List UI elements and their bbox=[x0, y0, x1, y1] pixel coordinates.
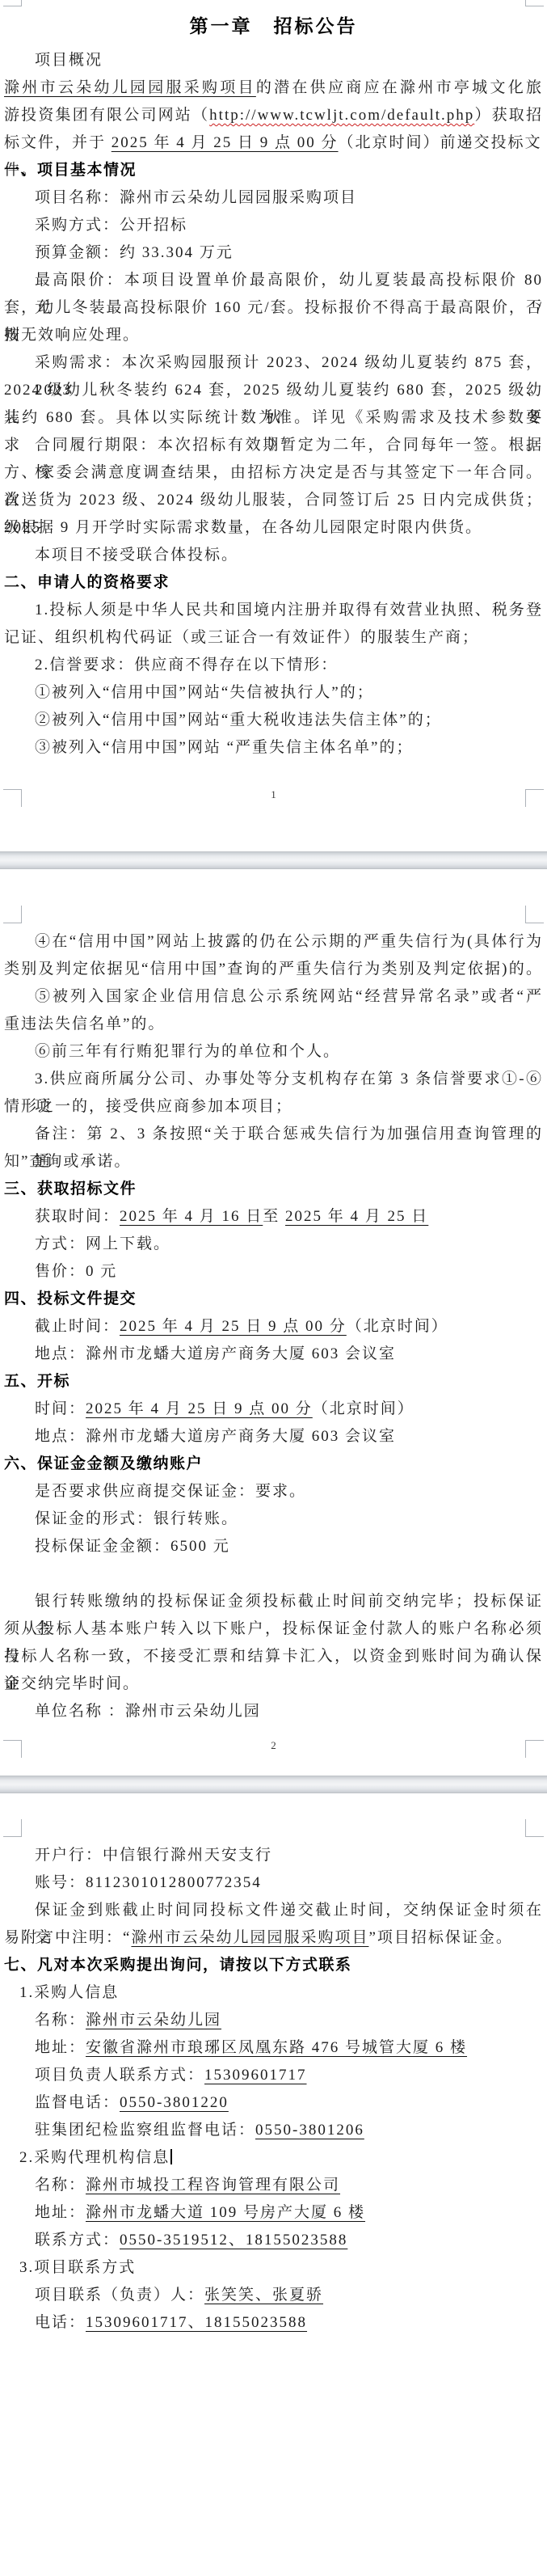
underlined-text: 2025 年 4 月 25 日 bbox=[285, 1208, 428, 1225]
text-line[interactable]: 截止时间：2025 年 4 月 25 日 9 点 00 分（北京时间） bbox=[4, 1313, 543, 1341]
text-line[interactable]: 项目名称：滁州市云朵幼儿园园服采购项目 bbox=[4, 184, 543, 212]
text-run: 至 bbox=[263, 1208, 285, 1225]
page-1[interactable]: 第一章 招标公告项目概况滁州市云朵幼儿园园服采购项目的潜在供应商应在滁州市亭城文… bbox=[0, 0, 547, 851]
text-line[interactable]: 记证、组织机构代码证（或三证合一有效证件）的服装生产商； bbox=[4, 624, 543, 652]
underlined-text: 0550-3519512、18155023588 bbox=[120, 2232, 347, 2249]
text-line[interactable]: 合同履行期限：本次招标有效期暂定为二年，合同每年一签。根据校 bbox=[4, 432, 543, 459]
text-run: 七、凡对本次采购提出询问，请按以下方式联系 bbox=[4, 1957, 352, 1974]
text-run: 地点：滁州市龙蟠大道房产商务大厦 603 会议室 bbox=[35, 1428, 396, 1445]
text-run: 售价：0 元 bbox=[35, 1263, 117, 1280]
underlined-text: 滁州市龙蟠大道 109 号房产大厦 6 楼 bbox=[86, 2204, 365, 2221]
text-run: 电话： bbox=[35, 2314, 86, 2331]
text-run: 项目联系（负责）人： bbox=[35, 2287, 204, 2304]
page-3-text[interactable]: 开户行：中信银行滁州天安支行账号：8112301012800772354保证金到… bbox=[4, 1842, 543, 2337]
text-run: （北京时间） bbox=[347, 1318, 448, 1335]
page-1-text[interactable]: 第一章 招标公告项目概况滁州市云朵幼儿园园服采购项目的潜在供应商应在滁州市亭城文… bbox=[4, 10, 543, 762]
text-run: 获取时间： bbox=[35, 1208, 120, 1225]
text-run: 易附言中注明：“ bbox=[4, 1929, 131, 1946]
text-run: 按无效响应处理。 bbox=[4, 327, 140, 344]
page-separator bbox=[0, 1776, 547, 1793]
text-run: ⑥前三年有行贿犯罪行为的单位和个人。 bbox=[35, 1043, 340, 1060]
crop-mark-top-left bbox=[3, 906, 22, 923]
text-line[interactable]: 方、家委会满意度调查结果，由招标方决定是否与其签定下一年合同。首 bbox=[4, 459, 543, 487]
text-run: 保证金的形式：银行转账。 bbox=[35, 1510, 238, 1527]
text-line[interactable]: ④在“信用中国”网站上披露的仍在公示期的严重失信行为(具体行为 bbox=[4, 928, 543, 956]
text-line[interactable]: 驻集团纪检监察组监督电话：0550-3801206 bbox=[4, 2117, 543, 2144]
text-run: 1.采购人信息 bbox=[19, 1984, 119, 2001]
text-line[interactable]: 本项目不接受联合体投标。 bbox=[4, 542, 543, 569]
text-line[interactable]: 次送货为 2023 级、2024 级幼儿服装，合同签订后 25 日内完成供货；2… bbox=[4, 487, 543, 514]
text-run: 名称： bbox=[35, 2012, 86, 2029]
underlined-text: 滁州市云朵幼儿园 bbox=[86, 2012, 221, 2029]
text-run: 记证、组织机构代码证（或三证合一有效证件）的服装生产商； bbox=[4, 629, 479, 646]
crop-mark-top-right bbox=[525, 906, 544, 923]
text-line[interactable]: 开户行：中信银行滁州天安支行 bbox=[4, 1842, 543, 1869]
section-heading[interactable]: 五、开标 bbox=[4, 1368, 543, 1396]
text-run: 情形之一的，接受供应商参加本项目； bbox=[4, 1098, 292, 1115]
page-number: 2 bbox=[0, 1738, 547, 1753]
text-run: 五、开标 bbox=[4, 1373, 70, 1390]
text-run: 项目负责人联系方式： bbox=[35, 2067, 204, 2084]
text-line[interactable]: 级根据 9 月开学时实际需求数量，在各幼儿园限定时限内供货。 bbox=[4, 514, 543, 542]
text-run: 游投资集团有限公司网站（ bbox=[4, 107, 209, 124]
text-line[interactable]: 地址：滁州市龙蟠大道 109 号房产大厦 6 楼 bbox=[4, 2199, 543, 2227]
underlined-text: 2025 年 4 月 25 日 9 点 00 分 bbox=[120, 1318, 347, 1335]
text-line[interactable]: ⑥前三年有行贿犯罪行为的单位和个人。 bbox=[4, 1038, 543, 1066]
text-line[interactable]: 1.投标人须是中华人民共和国境内注册并取得有效营业执照、税务登 bbox=[4, 597, 543, 624]
text-line[interactable]: 2.信誉要求：供应商不得存在以下情形： bbox=[4, 652, 543, 679]
text-line[interactable]: 是否要求供应商提交保证金：要求。 bbox=[4, 1478, 543, 1505]
section-heading[interactable]: 一、项目基本情况 bbox=[4, 157, 543, 184]
crop-mark-top-right bbox=[525, 1819, 544, 1837]
text-run: 地点：滁州市龙蟠大道房产商务大厦 603 会议室 bbox=[35, 1345, 396, 1362]
underlined-text: 滁州市云朵幼儿园园服采购项目 bbox=[4, 79, 256, 96]
underlined-text: 张笑笑、张夏骄 bbox=[204, 2287, 323, 2304]
text-run: 类别及判定依据见“信用中国”查询的严重失信行为类别及判定依据)的。 bbox=[4, 961, 543, 978]
text-line[interactable]: 项目联系（负责）人：张笑笑、张夏骄 bbox=[4, 2282, 543, 2309]
text-run: 项目名称：滁州市云朵幼儿园园服采购项目 bbox=[35, 189, 357, 206]
text-run: 六、保证金金额及缴纳账户 bbox=[4, 1455, 203, 1472]
text-run: 地址： bbox=[35, 2039, 86, 2056]
page-separator bbox=[0, 851, 547, 869]
text-run: 二、申请人的资格要求 bbox=[4, 574, 170, 591]
text-line[interactable]: 预算金额：约 33.304 万元 bbox=[4, 239, 543, 267]
text-line[interactable]: ①被列入“信用中国”网站“失信被执行人”的； bbox=[4, 679, 543, 707]
text-line[interactable]: 地点：滁州市龙蟠大道房产商务大厦 603 会议室 bbox=[4, 1341, 543, 1368]
text-line[interactable]: 重违法失信名单”的。 bbox=[4, 1011, 543, 1038]
text-line[interactable]: 最高限价：本项目设置单价最高限价，幼儿夏装最高投标限价 80 元/ bbox=[4, 267, 543, 294]
underlined-text: 15309601717 bbox=[204, 2067, 307, 2084]
crop-mark-top-left bbox=[3, 0, 22, 6]
page-number: 1 bbox=[0, 788, 547, 802]
text-line[interactable]: 电话：15309601717、18155023588 bbox=[4, 2309, 543, 2337]
page-2-text[interactable]: ④在“信用中国”网站上披露的仍在公示期的严重失信行为(具体行为类别及判定依据见“… bbox=[4, 928, 543, 1725]
text-run: 投标保证金金额：6500 元 bbox=[35, 1538, 230, 1555]
text-line[interactable]: 项目负责人联系方式：15309601717 bbox=[4, 2062, 543, 2089]
text-line[interactable]: 银行转账缴纳的投标保证金须投标截止时间前交纳完毕；投标保证金 bbox=[4, 1588, 543, 1615]
text-run: 截止时间： bbox=[35, 1318, 120, 1335]
text-line[interactable]: 1.采购人信息 bbox=[4, 1979, 543, 2007]
text-line[interactable]: 联系方式：0550-3519512、18155023588 bbox=[4, 2227, 543, 2254]
text-cursor bbox=[170, 2149, 172, 2164]
text-line[interactable]: 地点：滁州市龙蟠大道房产商务大厦 603 会议室 bbox=[4, 1423, 543, 1451]
text-run: ”项目招标保证金。 bbox=[368, 1929, 512, 1946]
text-line[interactable]: 名称：滁州市城投工程咨询管理有限公司 bbox=[4, 2172, 543, 2199]
text-line[interactable]: 3.供应商所属分公司、办事处等分支机构存在第 3 条信誉要求①-⑥项 bbox=[4, 1066, 543, 1093]
text-line[interactable]: 保证金的形式：银行转账。 bbox=[4, 1505, 543, 1533]
text-run: 的潜在供应商应在滁州市亭城文化旅 bbox=[256, 79, 543, 96]
underlined-text: 安徽省滁州市琅琊区凤凰东路 476 号城管大厦 6 楼 bbox=[86, 2039, 467, 2056]
underlined-text: 2025 年 4 月 25 日 9 点 00 分 bbox=[86, 1400, 313, 1417]
text-run: （北京时间） bbox=[313, 1400, 414, 1417]
text-run: ④在“信用中国”网站上披露的仍在公示期的严重失信行为(具体行为 bbox=[35, 933, 543, 950]
text-line[interactable]: 类别及判定依据见“信用中国”查询的严重失信行为类别及判定依据)的。 bbox=[4, 956, 543, 983]
text-run: 是否要求供应商提交保证金：要求。 bbox=[35, 1483, 306, 1500]
crop-mark-top-left bbox=[3, 1819, 22, 1837]
text-run: 名称： bbox=[35, 2177, 86, 2194]
underlined-text: 0550-3801220 bbox=[120, 2094, 229, 2111]
text-run: 时间： bbox=[35, 1400, 86, 1417]
text-run: 知”查询或承诺。 bbox=[4, 1153, 131, 1170]
text-run: 第一章 招标公告 bbox=[190, 16, 358, 36]
text-run: 金交纳完毕时间。 bbox=[4, 1675, 140, 1692]
text-run: 标文件，并于 bbox=[4, 134, 112, 151]
section-heading[interactable]: 二、申请人的资格要求 bbox=[4, 569, 543, 597]
text-run: 一、项目基本情况 bbox=[4, 162, 137, 179]
text-line[interactable]: 3.项目联系方式 bbox=[4, 2254, 543, 2282]
text-run: 地址： bbox=[35, 2204, 86, 2221]
text-run: 监督电话： bbox=[35, 2094, 120, 2111]
text-line[interactable]: 保证金到账截止时间同投标文件递交截止时间，交纳保证金时须在交 bbox=[4, 1897, 543, 1924]
text-line[interactable]: 装约 680 套。具体以实际统计数为准。详见《采购需求及技术参数要求》。 bbox=[4, 404, 543, 432]
underlined-text: 15309601717、18155023588 bbox=[86, 2314, 307, 2331]
text-run: 采购方式：公开招标 bbox=[35, 217, 187, 234]
text-line[interactable]: 知”查询或承诺。 bbox=[4, 1148, 543, 1176]
text-run: 联系方式： bbox=[35, 2232, 120, 2249]
underlined-text: 0550-3801206 bbox=[255, 2122, 364, 2139]
text-line[interactable]: 须从投标人基本账户转入以下账户，投标保证金付款人的账户名称必须与 bbox=[4, 1615, 543, 1643]
text-run: 单位名称 ：滁州市云朵幼儿园 bbox=[35, 1703, 261, 1720]
underlined-text: 滁州市城投工程咨询管理有限公司 bbox=[86, 2177, 340, 2194]
text-line[interactable]: 售价：0 元 bbox=[4, 1258, 543, 1286]
text-run: 开户行：中信银行滁州天安支行 bbox=[35, 1847, 272, 1864]
text-line[interactable]: 采购方式：公开招标 bbox=[4, 212, 543, 239]
text-run: 2.采购代理机构信息 bbox=[19, 2149, 170, 2166]
text-run: 重违法失信名单”的。 bbox=[4, 1016, 165, 1033]
text-line[interactable]: 监督电话：0550-3801220 bbox=[4, 2089, 543, 2117]
crop-mark-top-right bbox=[525, 0, 544, 6]
text-line[interactable]: 投标保证金金额：6500 元 bbox=[4, 1533, 543, 1560]
text-run: 级根据 9 月开学时实际需求数量，在各幼儿园限定时限内供货。 bbox=[4, 519, 482, 536]
section-heading[interactable]: 三、获取招标文件 bbox=[4, 1176, 543, 1203]
page-3[interactable]: 开户行：中信银行滁州天安支行账号：8112301012800772354保证金到… bbox=[0, 1793, 547, 2576]
text-line[interactable]: 情形之一的，接受供应商参加本项目； bbox=[4, 1093, 543, 1121]
text-line[interactable]: 游投资集团有限公司网站（http://www.tcwljt.com/defaul… bbox=[4, 102, 543, 129]
underlined-text: 滁州市云朵幼儿园园服采购项目 bbox=[131, 1929, 368, 1946]
text-run: 三、获取招标文件 bbox=[4, 1180, 137, 1197]
text-line[interactable]: 单位名称 ：滁州市云朵幼儿园 bbox=[4, 1698, 543, 1725]
text-line[interactable]: 投标人名称一致，不接受汇票和结算卡汇入，以资金到账时间为确认保证 bbox=[4, 1643, 543, 1670]
document-editor-canvas: { "colors":{"text":"#1c1c1c","heading":"… bbox=[0, 0, 547, 2576]
text-run: 驻集团纪检监察组监督电话： bbox=[35, 2122, 255, 2139]
text-line[interactable]: ③被列入“信用中国”网站 “严重失信主体名单”的； bbox=[4, 734, 543, 762]
text-line[interactable]: 名称：滁州市云朵幼儿园 bbox=[4, 2007, 543, 2034]
text-line[interactable]: 2024 级幼儿秋冬装约 624 套，2025 级幼儿夏装约 680 套，202… bbox=[4, 377, 543, 404]
text-line[interactable]: 项目概况 bbox=[4, 47, 543, 74]
text-run: ①被列入“信用中国”网站“失信被执行人”的； bbox=[35, 684, 374, 701]
text-run: ③被列入“信用中国”网站 “严重失信主体名单”的； bbox=[35, 739, 413, 756]
underlined-text: 2025 年 4 月 16 日 bbox=[120, 1208, 263, 1225]
text-run: 账号：8112301012800772354 bbox=[35, 1874, 262, 1891]
text-run: 本项目不接受联合体投标。 bbox=[35, 547, 238, 564]
text-run: 1.投标人须是中华人民共和国境内注册并取得有效营业执照、税务登 bbox=[35, 602, 543, 619]
text-line[interactable]: 方式：网上下载。 bbox=[4, 1231, 543, 1258]
text-line[interactable]: 滁州市云朵幼儿园园服采购项目的潜在供应商应在滁州市亭城文化旅 bbox=[4, 74, 543, 102]
section-heading[interactable]: 六、保证金金额及缴纳账户 bbox=[4, 1451, 543, 1478]
text-run: ）获取招 bbox=[474, 107, 543, 124]
text-line[interactable]: ⑤被列入国家企业信用信息公示系统网站“经营异常名录”或者“严 bbox=[4, 983, 543, 1011]
text-run: 3.项目联系方式 bbox=[19, 2259, 136, 2276]
text-line[interactable]: 金交纳完毕时间。 bbox=[4, 1670, 543, 1698]
text-line[interactable]: 易附言中注明：“滁州市云朵幼儿园园服采购项目”项目招标保证金。 bbox=[4, 1924, 543, 1952]
underlined-text: 2025 年 4 月 25 日 9 点 00 分 bbox=[112, 134, 339, 151]
text-line[interactable]: 账号：8112301012800772354 bbox=[4, 1869, 543, 1897]
text-line[interactable]: ②被列入“信用中国”网站“重大税收违法失信主体”的； bbox=[4, 707, 543, 734]
text-run: 2.信誉要求：供应商不得存在以下情形： bbox=[35, 657, 338, 674]
text-line[interactable]: 地址：安徽省滁州市琅琊区凤凰东路 476 号城管大厦 6 楼 bbox=[4, 2034, 543, 2062]
text-line[interactable] bbox=[4, 1560, 543, 1588]
text-line[interactable]: 备注：第 2、3 条按照“关于联合惩戒失信行为加强信用查询管理的通 bbox=[4, 1121, 543, 1148]
text-line[interactable]: 套，幼儿冬装最高投标限价 160 元/套。投标报价不得高于最高限价，否则 bbox=[4, 294, 543, 322]
section-heading[interactable]: 七、凡对本次采购提出询问，请按以下方式联系 bbox=[4, 1952, 543, 1979]
text-run: 方式：网上下载。 bbox=[35, 1235, 170, 1252]
text-run: 预算金额：约 33.304 万元 bbox=[35, 244, 234, 261]
text-line[interactable]: 时间：2025 年 4 月 25 日 9 点 00 分（北京时间） bbox=[4, 1396, 543, 1423]
text-line[interactable]: 按无效响应处理。 bbox=[4, 322, 543, 349]
text-line[interactable]: 2.采购代理机构信息 bbox=[4, 2144, 543, 2172]
text-run: 项目概况 bbox=[35, 52, 103, 69]
text-line[interactable]: 获取时间：2025 年 4 月 16 日至 2025 年 4 月 25 日 bbox=[4, 1203, 543, 1231]
doc-title[interactable]: 第一章 招标公告 bbox=[4, 10, 543, 47]
text-run: ②被列入“信用中国”网站“重大税收违法失信主体”的； bbox=[35, 712, 442, 728]
text-line[interactable]: 标文件，并于 2025 年 4 月 25 日 9 点 00 分（北京时间）前递交… bbox=[4, 129, 543, 157]
text-line[interactable]: 采购需求：本次采购园服预计 2023、2024 级幼儿夏装约 875 套，202… bbox=[4, 349, 543, 377]
text-run: 四、投标文件提交 bbox=[4, 1290, 137, 1307]
url-text-spellcheck: http://www.tcwljt.com/default.php bbox=[209, 107, 474, 124]
page-2[interactable]: ④在“信用中国”网站上披露的仍在公示期的严重失信行为(具体行为类别及判定依据见“… bbox=[0, 869, 547, 1776]
text-run: ⑤被列入国家企业信用信息公示系统网站“经营异常名录”或者“严 bbox=[35, 988, 543, 1005]
section-heading[interactable]: 四、投标文件提交 bbox=[4, 1286, 543, 1313]
